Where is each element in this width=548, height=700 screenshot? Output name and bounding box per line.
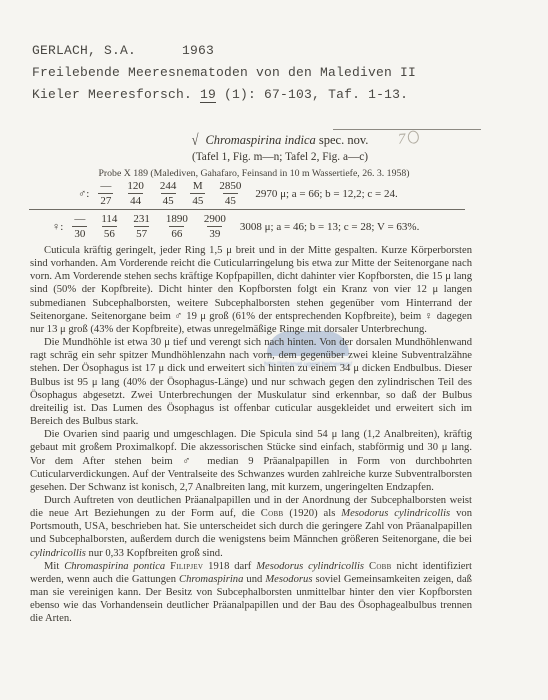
horizontal-divider-line (29, 209, 465, 210)
female-symbol: ♀: (52, 221, 63, 233)
paragraph: Cuticula kräftig geringelt, jeder Ring 1… (30, 244, 472, 336)
description-body-text: Cuticula kräftig geringelt, jeder Ring 1… (30, 244, 472, 626)
male-measurements: 2970 μ; a = 66; b = 12,2; c = 24. (255, 188, 397, 200)
handwritten-zero-icon (407, 130, 419, 144)
citation-journal-line: Kieler Meeresforsch. 19 (1): 67-103, Taf… (32, 84, 416, 106)
journal-name: Kieler Meeresforsch. (32, 87, 200, 102)
fraction: —27 (98, 180, 113, 207)
sample-locality-line: Probe X 189 (Malediven, Gahafaro, Feinsa… (28, 168, 480, 179)
paragraph: Mit Chromaspirina pontica Filipjev 1918 … (30, 560, 472, 626)
journal-pages: (1): 67-103, Taf. 1-13. (216, 87, 408, 102)
fraction: 290039 (202, 213, 228, 240)
handwritten-number: 7 (397, 130, 419, 148)
typed-citation-header: GERLACH, S.A.1963 Freilebende Meeresnema… (32, 40, 416, 106)
species-name-suffix: spec. nov. (316, 133, 369, 147)
male-symbol: ♂: (78, 188, 89, 200)
citation-author-year-line: GERLACH, S.A.1963 (32, 40, 416, 62)
citation-title: Freilebende Meeresnematoden von den Male… (32, 62, 416, 84)
citation-year: 1963 (182, 43, 214, 58)
male-fractions: —271204424445M45285045 (92, 180, 249, 207)
female-fractions: —301145623157189066290039 (66, 213, 234, 240)
citation-author: GERLACH, S.A. (32, 43, 136, 58)
paragraph: Die Ovarien sind paarig und umgeschlagen… (30, 428, 472, 494)
fraction: 12044 (125, 180, 146, 207)
journal-volume: 19 (200, 87, 216, 103)
female-measurements: 3008 μ; a = 46; b = 13; c = 28; V = 63%. (240, 221, 419, 233)
handwritten-digit: 7 (397, 131, 408, 148)
fraction: 24445 (158, 180, 179, 207)
checkmark-icon: √ (192, 131, 199, 150)
fraction: 23157 (131, 213, 152, 240)
fraction: —30 (72, 213, 87, 240)
scanned-index-card-page: { "header": { "author_line": "GERLACH, S… (0, 0, 548, 700)
paragraph: Die Mundhöhle ist etwa 30 μ tief und ver… (30, 336, 472, 428)
fraction: 285045 (217, 180, 243, 207)
fraction: 11456 (99, 213, 119, 240)
fraction: 189066 (164, 213, 190, 240)
scan-edge-line (333, 129, 481, 130)
female-measurement-formula: ♀: —301145623157189066290039 3008 μ; a =… (52, 213, 419, 240)
male-measurement-formula: ♂: —271204424445M45285045 2970 μ; a = 66… (78, 180, 398, 207)
fraction: M45 (190, 180, 205, 207)
figures-reference-line: (Tafel 1, Fig. m—n; Tafel 2, Fig. a—c) (90, 151, 470, 163)
species-name-italic: Chromaspirina indica (205, 133, 315, 147)
paragraph: Durch Auftreten von deutlichen Präanalpa… (30, 494, 472, 560)
